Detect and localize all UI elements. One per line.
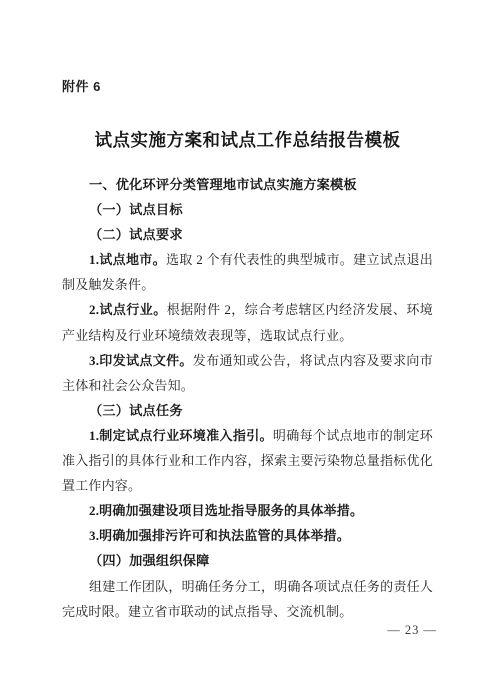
body-line-text: 完成时限。建立省市联动的试点指导、交流机制。: [62, 604, 352, 619]
body-line-lead: 1.试点地市。: [89, 252, 166, 267]
body-line-text: 组建工作团队，明确任务分工，明确各项试点任务的责任人和: [89, 579, 433, 599]
body-line: 1.制定试点行业环境准入指引。明确每个试点地市的制定环境: [62, 423, 433, 448]
subsection-heading-goal: （一）试点目标: [62, 197, 433, 222]
body-line-bold: 3.明确加强排污许可和执法监管的具体举措。: [62, 523, 433, 548]
section-heading-text: 一、优化环评分类管理地市试点实施方案模板: [89, 177, 357, 192]
subsection-heading-text: （二）试点要求: [89, 227, 183, 242]
body-line-text: 主体和社会公众告知。: [62, 378, 194, 393]
body-line-text: 置工作内容。: [62, 478, 141, 493]
body-line: 产业结构及行业环境绩效表现等，选取试点行业。: [62, 323, 433, 348]
body-line-lead: 2.试点行业。: [89, 302, 167, 317]
subsection-heading-text: （三）试点任务: [89, 403, 183, 418]
subsection-heading-tasks: （三）试点任务: [62, 398, 433, 423]
subsection-heading-text: （一）试点目标: [89, 202, 183, 217]
attachment-label: 附件 6: [62, 76, 101, 95]
document-page: 附件 6 试点实施方案和试点工作总结报告模板 一、优化环评分类管理地市试点实施方…: [0, 0, 495, 699]
body-line-lead: 3.印发试点文件。: [89, 353, 193, 368]
body-line-bold: 2.明确加强建设项目选址指导服务的具体举措。: [62, 498, 433, 523]
body-line-text: 2.明确加强建设项目选址指导服务的具体举措。: [89, 503, 363, 518]
document-body: 一、优化环评分类管理地市试点实施方案模板 （一）试点目标 （二）试点要求 1.试…: [62, 172, 433, 624]
body-line: 完成时限。建立省市联动的试点指导、交流机制。: [62, 599, 433, 624]
body-line-lead: 1.制定试点行业环境准入指引。: [89, 428, 273, 443]
body-line: 3.印发试点文件。发布通知或公告，将试点内容及要求向市场: [62, 348, 433, 373]
subsection-heading-text: （四）加强组织保障: [89, 553, 210, 568]
body-line: 置工作内容。: [62, 473, 433, 498]
body-line-text: 制及触发条件。: [62, 277, 154, 292]
body-line: 准入指引的具体行业和工作内容，探索主要污染物总量指标优化配: [62, 448, 433, 473]
subsection-heading-requirements: （二）试点要求: [62, 222, 433, 247]
body-line-text: 3.明确加强排污许可和执法监管的具体举措。: [89, 528, 350, 543]
body-line-text: 准入指引的具体行业和工作内容，探索主要污染物总量指标优化配: [62, 453, 433, 473]
body-line: 1.试点地市。选取 2 个有代表性的典型城市。建立试点退出机: [62, 247, 433, 272]
subsection-heading-organization: （四）加强组织保障: [62, 548, 433, 573]
page-number: — 23 —: [387, 622, 437, 638]
body-line: 组建工作团队，明确任务分工，明确各项试点任务的责任人和: [62, 574, 433, 599]
body-line: 2.试点行业。根据附件 2，综合考虑辖区内经济发展、环境管理、: [62, 297, 433, 322]
section-heading-1: 一、优化环评分类管理地市试点实施方案模板: [62, 172, 433, 197]
body-line-text: 产业结构及行业环境绩效表现等，选取试点行业。: [62, 328, 352, 343]
document-title: 试点实施方案和试点工作总结报告模板: [0, 127, 495, 152]
body-line: 主体和社会公众告知。: [62, 373, 433, 398]
body-line: 制及触发条件。: [62, 272, 433, 297]
